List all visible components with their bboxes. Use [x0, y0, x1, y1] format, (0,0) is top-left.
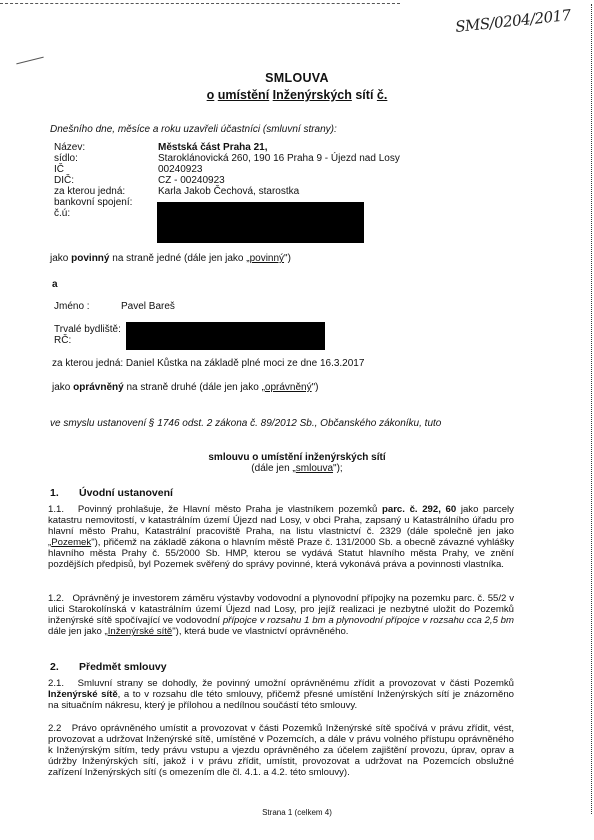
field-value-ic: 00240923 [158, 164, 203, 175]
paragraph-1-1: 1.1. Povinný prohlašuje, že Hlavní město… [48, 504, 514, 571]
document-title: SMLOUVA [0, 71, 594, 85]
scan-edge-right [591, 4, 592, 814]
intro-text: Dnešního dne, měsíce a roku uzavřeli úča… [50, 124, 337, 135]
paragraph-number: 1.2. [48, 593, 64, 604]
paragraph-number: 1.1. [48, 504, 64, 515]
field-value-representative: Karla Jakob Čechová, starostka [158, 186, 299, 197]
contract-short: (dále jen „smlouva"); [0, 463, 594, 474]
section-number: 2. [50, 661, 59, 673]
subtitle-word: sítí [355, 88, 373, 102]
text: jako [52, 382, 70, 393]
subtitle-word: o [207, 88, 215, 102]
field-label: sídlo: [54, 153, 78, 164]
text: jako [50, 253, 68, 264]
paragraph-1-2: 1.2. Oprávněný je investorem záměru výst… [48, 593, 514, 637]
field-label: DIČ: [54, 175, 74, 186]
field-label: bankovní spojení: [54, 197, 132, 208]
paragraph-number: 2.1. [48, 678, 64, 689]
defined-term: smlouva [296, 463, 333, 474]
conjunction: a [52, 279, 58, 290]
text: (dále jen „ [251, 463, 295, 474]
section-number: 1. [50, 487, 59, 499]
field-label: Jméno : [54, 301, 90, 312]
scan-edge-top [0, 3, 400, 4]
defined-term: Pozemek [51, 537, 91, 548]
text: na straně jedné (dále jen jako „ [112, 253, 249, 264]
party2-name: Pavel Bareš [121, 301, 175, 312]
field-value-name: Městská část Praha 21, [158, 142, 268, 153]
pen-mark [16, 57, 43, 65]
text: ") [312, 382, 319, 393]
party1-role: jako povinný na straně jedné (dále jen j… [50, 253, 291, 264]
text: "), která bude ve vlastnictví oprávněnéh… [172, 626, 348, 637]
subtitle-word: umístění [218, 88, 269, 102]
text: Smluvní strany se dohodly, že povinný um… [78, 678, 514, 689]
subtitle-word: č. [377, 88, 387, 102]
field-label: IČ [54, 164, 64, 175]
subtitle-word: Inženýrských [273, 88, 352, 102]
text: dále jen jako „ [48, 626, 108, 637]
party2-representative: za kterou jedná: Daniel Kůstka na základ… [52, 358, 364, 369]
defined-term: povinný [250, 253, 284, 264]
redaction-box [126, 322, 325, 350]
text: na straně druhé (dále jen jako „ [127, 382, 265, 393]
paragraph-2-1: 2.1. Smluvní strany se dohodly, že povin… [48, 678, 514, 711]
bold-text: parc. č. 292, 60 [382, 504, 456, 515]
field-label: Název: [54, 142, 85, 153]
text: Právo oprávněného umístit a provozovat v… [48, 723, 514, 778]
text: ") [284, 253, 291, 264]
field-label: za kterou jedná: [54, 186, 125, 197]
party2-role: jako oprávněný na straně druhé (dále jen… [52, 382, 319, 393]
role-term-bold: povinný [71, 253, 109, 264]
field-label: Trvalé bydliště: [54, 324, 121, 335]
defined-term: Inženýrské sítě [108, 626, 173, 637]
italic-text: přípojce v rozsahu 1 bm a plynovodní pří… [223, 615, 514, 626]
field-value-dic: CZ - 00240923 [158, 175, 225, 186]
legal-basis: ve smyslu ustanovení § 1746 odst. 2 záko… [50, 418, 441, 429]
text: Povinný prohlašuje, že Hlavní město Prah… [78, 504, 382, 515]
text: "); [333, 463, 343, 474]
field-label: RČ: [54, 335, 71, 346]
field-value-seat: Staroklánovická 260, 190 16 Praha 9 - Új… [158, 153, 400, 164]
field-label: č.ú: [54, 208, 70, 219]
contract-name: smlouvu o umístění inženýrských sítí [0, 452, 594, 463]
section-title: Úvodní ustanovení [79, 487, 173, 499]
paragraph-number: 2.2 [48, 723, 61, 734]
document-subtitle: o umístění Inženýrských sítí č. [0, 88, 594, 102]
paragraph-2-2: 2.2 Právo oprávněného umístit a provozov… [48, 723, 514, 778]
bold-text: Inženýrské sítě [48, 689, 118, 700]
page-footer: Strana 1 (celkem 4) [0, 808, 594, 817]
text: "), přičemž na základě zákona o hlavním … [48, 537, 514, 570]
section-title: Předmět smlouvy [79, 661, 167, 673]
role-term-bold: oprávněný [73, 382, 124, 393]
text: , a to v rozsahu dle této smlouvy, přiče… [48, 689, 514, 711]
handwritten-reference: SMS/0204/2017 [454, 6, 571, 36]
defined-term: oprávněný [265, 382, 312, 393]
redaction-box [157, 202, 364, 243]
